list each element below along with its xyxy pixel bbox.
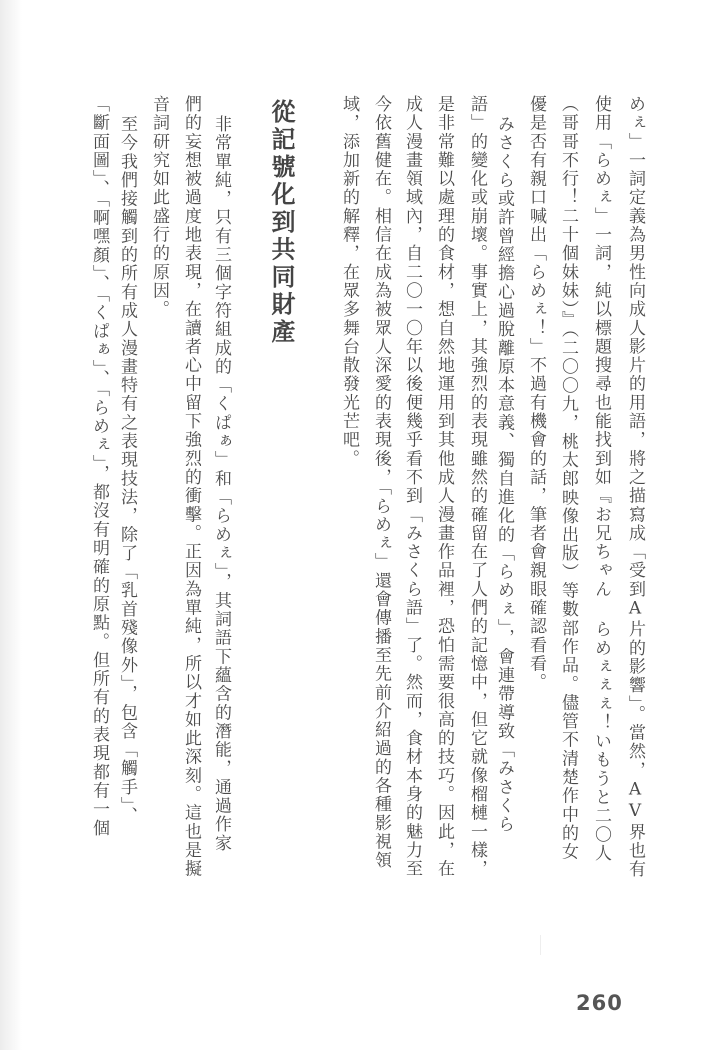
text-column-1: めぇ」一詞定義為男性向成人影片的用語，將之描寫成「受到A片的影響」。當然，AV界… (623, 95, 645, 905)
page-gutter-shadow (0, 0, 22, 1050)
text-column-9: 今依舊健在。相信在成為被眾人深愛的表現後，「らめぇ」還會傳播至先前介紹過的各種影… (369, 95, 391, 905)
page-number: 260 (576, 991, 656, 1015)
text-column-7: 是非常難以處理的食材，想自然地運用到其他成人漫畫作品裡，恐怕需要很高的技巧。因此… (432, 95, 454, 905)
text-column-3: （哥哥不行！二十個妹妹）』（二〇〇九，桃太郎映像出版）等數部作品。儘管不清楚作中… (556, 95, 578, 905)
text-column-2: 使用「らめぇ」一詞，純以標題搜尋也能找到如『お兄ちゃん らめぇぇぇ！いもうと二〇… (589, 95, 611, 905)
text-column-11: 非常單純，只有三個字符組成的「くぱぁ」和「らめぇ」，其詞語下蘊含的潛能，通過作家 (209, 115, 231, 925)
text-column-8: 成人漫畫領域內，自二〇一〇年以後便幾乎看不到「みさくら語」了。然而，食材本身的魅… (400, 95, 422, 905)
text-column-10: 域，添加新的解釋，在眾多舞台散發光芒吧。 (337, 95, 359, 905)
text-column-4: 優是否有親口喊出「らめぇ！」不過有機會的話，筆者會親眼確認看看。 (524, 95, 546, 905)
text-column-13: 音詞研究如此盛行的原因。 (147, 95, 169, 905)
paper-mark (540, 935, 541, 955)
text-column-12: 們的妄想被過度地表現，在讀者心中留下強烈的衝擊。正因為單純，所以才如此深刻。這也… (179, 95, 201, 905)
text-column-6: 語」的變化或崩壞。事實上，其強烈的表現雖然的確留在了人們的記憶中，但它就像榴槤一… (465, 95, 487, 905)
text-column-15: 「斷面圖」、「啊嘿顏」、「くぱぁ」、「らめぇ」，都沒有明確的原點。但所有的表現都… (87, 95, 109, 905)
section-heading: 從記號化到共同財產 (268, 99, 294, 347)
text-column-5: みさくら或許曾經擔心過脫離原本意義、獨自進化的「らめぇ」，會連帶導致「みさくら (492, 115, 514, 925)
text-column-14: 至今我們接觸到的所有成人漫畫特有之表現技法，除了「乳首殘像外」，包含「觸手」、 (115, 115, 137, 925)
